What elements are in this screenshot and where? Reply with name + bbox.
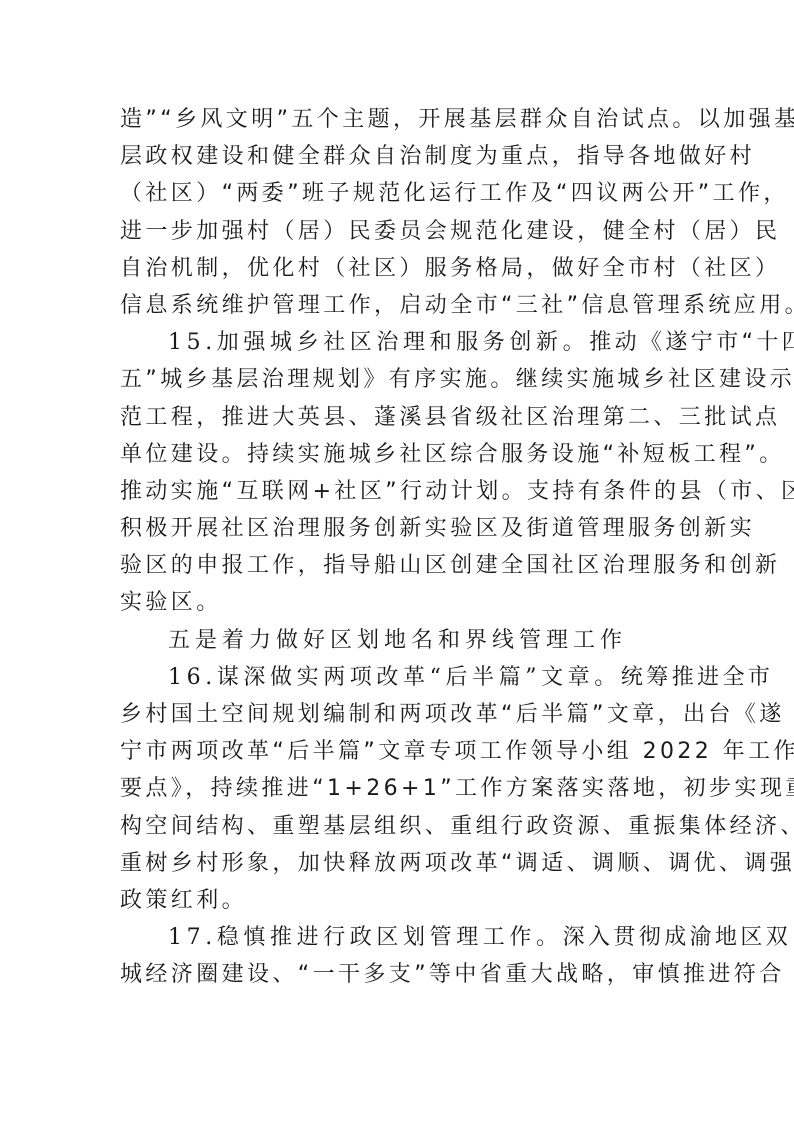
paragraph-line: 信息系统维护管理工作，启动全市“三社”信息管理系统应用。	[120, 287, 674, 324]
paragraph-line: 五”城乡基层治理规划》有序实施。继续实施城乡社区建设示	[120, 361, 674, 398]
section-heading: 五是着力做好区划地名和界线管理工作	[120, 622, 674, 659]
paragraph-line: 积极开展社区治理服务创新实验区及街道管理服务创新实	[120, 510, 674, 547]
item-15-first-line: 15.加强城乡社区治理和服务创新。推动《遂宁市“十四	[120, 324, 674, 361]
paragraph-line: 要点》，持续推进“1+26+1”工作方案落实落地，初步实现重	[120, 770, 674, 807]
paragraph-line: 重树乡村形象，加快释放两项改革“调适、调顺、调优、调强”	[120, 845, 674, 882]
paragraph-line: 层政权建设和健全群众自治制度为重点，指导各地做好村	[120, 138, 674, 175]
item-16-text: 统筹推进全市	[621, 665, 773, 690]
item-17-text: 深入贯彻成渝地区双	[563, 925, 792, 950]
paragraph-line: 范工程，推进大英县、蓬溪县省级社区治理第二、三批试点	[120, 399, 674, 436]
paragraph-line: 城经济圈建设、“一干多支”等中省重大战略，审慎推进符合	[120, 956, 674, 993]
item-16-first-line: 16.谋深做实两项改革“后半篇”文章。统筹推进全市	[120, 659, 674, 696]
item-15-heading: 15.加强城乡社区治理和服务创新。	[168, 330, 589, 355]
paragraph-line: 进一步加强村（居）民委员会规范化建设，健全村（居）民	[120, 213, 674, 250]
paragraph-line: 构空间结构、重塑基层组织、重组行政资源、重振集体经济、	[120, 808, 674, 845]
paragraph-line: 政策红利。	[120, 882, 674, 919]
item-17-first-line: 17.稳慎推进行政区划管理工作。深入贯彻成渝地区双	[120, 919, 674, 956]
paragraph-line: 实验区。	[120, 584, 674, 621]
paragraph-line: 验区的申报工作，指导船山区创建全国社区治理服务和创新	[120, 547, 674, 584]
paragraph-line: （社区）“两委”班子规范化运行工作及“四议两公开”工作，	[120, 175, 674, 212]
paragraph-line: 宁市两项改革“后半篇”文章专项工作领导小组 2022 年工作	[120, 733, 674, 770]
paragraph-line: 自治机制，优化村（社区）服务格局，做好全市村（社区）	[120, 250, 674, 287]
item-16-heading: 16.谋深做实两项改革“后半篇”文章。	[168, 665, 621, 690]
paragraph-line: 单位建设。持续实施城乡社区综合服务设施“补短板工程”。	[120, 436, 674, 473]
paragraph-line: 乡村国土空间规划编制和两项改革“后半篇”文章，出台《遂	[120, 696, 674, 733]
document-page: 造”“乡风文明”五个主题，开展基层群众自治试点。以加强基 层政权建设和健全群众自…	[120, 101, 674, 994]
paragraph-line: 造”“乡风文明”五个主题，开展基层群众自治试点。以加强基	[120, 101, 674, 138]
item-15-text: 推动《遂宁市“十四	[589, 330, 794, 355]
item-17-heading: 17.稳慎推进行政区划管理工作。	[168, 925, 563, 950]
paragraph-line: 推动实施“互联网+社区”行动计划。支持有条件的县（市、区）	[120, 473, 674, 510]
